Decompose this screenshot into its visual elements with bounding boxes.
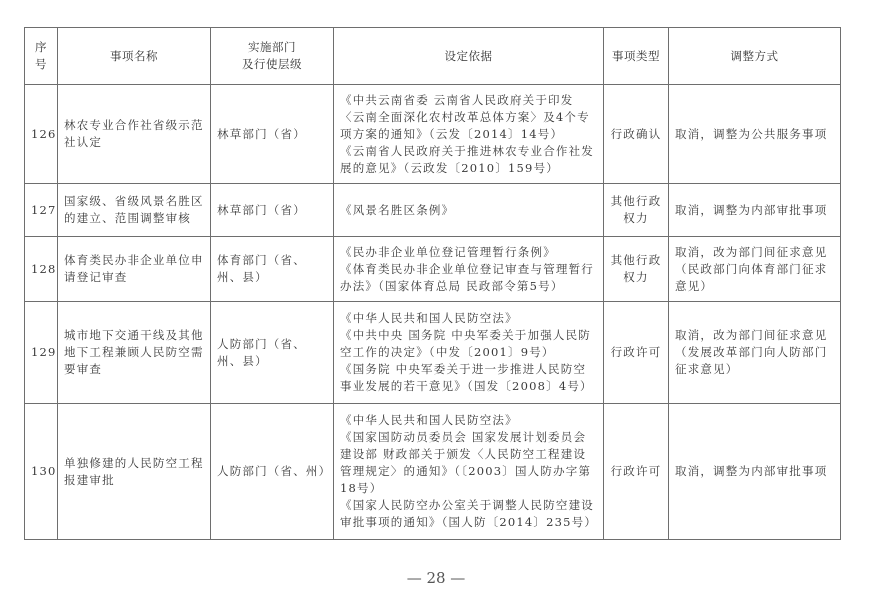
cell-legal-basis: 《中华人民共和国人民防空法》 《中共中央 国务院 中央军委关于加强人民防空工作的…	[334, 302, 604, 404]
cell-department: 体育部门（省、州、县）	[211, 237, 334, 302]
basis-line: 《中华人民共和国人民防空法》	[340, 412, 597, 429]
table-row: 127 国家级、省级风景名胜区的建立、范围调整审核 林草部门（省） 《风景名胜区…	[25, 184, 841, 237]
header-seq-line2: 号	[31, 56, 51, 73]
cell-item-name: 城市地下交通干线及其他地下工程兼顾人民防空需要审查	[58, 302, 211, 404]
cell-legal-basis: 《中共云南省委 云南省人民政府关于印发〈云南全面深化农村改革总体方案〉及4个专项…	[334, 85, 604, 184]
basis-line: 《体育类民办非企业单位登记审查与管理暂行办法》（国家体育总局 民政部令第5号）	[340, 261, 597, 295]
cell-item-type: 行政许可	[604, 404, 669, 540]
basis-line: 《风景名胜区条例》	[340, 202, 597, 219]
table-row: 128 体育类民办非企业单位申请登记审查 体育部门（省、州、县） 《民办非企业单…	[25, 237, 841, 302]
cell-adjustment: 取消，调整为内部审批事项	[669, 404, 841, 540]
header-department: 实施部门 及行使层级	[211, 28, 334, 85]
header-dept-line2: 及行使层级	[217, 56, 327, 73]
basis-line: 《国家国防动员委员会 国家发展计划委员会 建设部 财政部关于颁发〈人民防空工程建…	[340, 429, 597, 497]
header-seq: 序 号	[25, 28, 58, 85]
cell-item-type: 其他行政权力	[604, 237, 669, 302]
cell-legal-basis: 《风景名胜区条例》	[334, 184, 604, 237]
cell-department: 林草部门（省）	[211, 85, 334, 184]
cell-department: 人防部门（省、州）	[211, 404, 334, 540]
basis-line: 《云南省人民政府关于推进林农专业合作社发展的意见》（云政发〔2010〕159号）	[340, 143, 597, 177]
cell-legal-basis: 《中华人民共和国人民防空法》 《国家国防动员委员会 国家发展计划委员会 建设部 …	[334, 404, 604, 540]
cell-item-type: 行政许可	[604, 302, 669, 404]
cell-adjustment: 取消，改为部门间征求意见（发展改革部门向人防部门征求意见）	[669, 302, 841, 404]
cell-item-type: 其他行政权力	[604, 184, 669, 237]
cell-item-name: 林农专业合作社省级示范社认定	[58, 85, 211, 184]
cell-adjustment: 取消，调整为内部审批事项	[669, 184, 841, 237]
header-adjustment: 调整方式	[669, 28, 841, 85]
adjustment-items-table: 序 号 事项名称 实施部门 及行使层级 设定依据 事项类型 调整方式 126 林…	[24, 27, 841, 540]
cell-seq: 130	[25, 404, 58, 540]
cell-adjustment: 取消，改为部门间征求意见（民政部门向体育部门征求意见）	[669, 237, 841, 302]
table-row: 129 城市地下交通干线及其他地下工程兼顾人民防空需要审查 人防部门（省、州、县…	[25, 302, 841, 404]
basis-line: 《中共中央 国务院 中央军委关于加强人民防空工作的决定》（中发〔2001〕9号）	[340, 327, 597, 361]
table-row: 130 单独修建的人民防空工程报建审批 人防部门（省、州） 《中华人民共和国人民…	[25, 404, 841, 540]
cell-seq: 127	[25, 184, 58, 237]
basis-line: 《中华人民共和国人民防空法》	[340, 310, 597, 327]
basis-line: 《国家人民防空办公室关于调整人民防空建设审批事项的通知》（国人防〔2014〕23…	[340, 497, 597, 531]
basis-line: 《中共云南省委 云南省人民政府关于印发〈云南全面深化农村改革总体方案〉及4个专项…	[340, 92, 597, 143]
header-dept-line1: 实施部门	[217, 39, 327, 56]
cell-item-name: 单独修建的人民防空工程报建审批	[58, 404, 211, 540]
cell-seq: 126	[25, 85, 58, 184]
header-legal-basis: 设定依据	[334, 28, 604, 85]
cell-department: 林草部门（省）	[211, 184, 334, 237]
header-item-type: 事项类型	[604, 28, 669, 85]
cell-adjustment: 取消，调整为公共服务事项	[669, 85, 841, 184]
cell-legal-basis: 《民办非企业单位登记管理暂行条例》 《体育类民办非企业单位登记审查与管理暂行办法…	[334, 237, 604, 302]
cell-seq: 129	[25, 302, 58, 404]
table-header-row: 序 号 事项名称 实施部门 及行使层级 设定依据 事项类型 调整方式	[25, 28, 841, 85]
header-item-name: 事项名称	[58, 28, 211, 85]
basis-line: 《民办非企业单位登记管理暂行条例》	[340, 244, 597, 261]
table-row: 126 林农专业合作社省级示范社认定 林草部门（省） 《中共云南省委 云南省人民…	[25, 85, 841, 184]
cell-department: 人防部门（省、州、县）	[211, 302, 334, 404]
cell-seq: 128	[25, 237, 58, 302]
header-seq-line1: 序	[31, 39, 51, 56]
cell-item-name: 体育类民办非企业单位申请登记审查	[58, 237, 211, 302]
basis-line: 《国务院 中央军委关于进一步推进人民防空事业发展的若干意见》（国发〔2008〕4…	[340, 361, 597, 395]
page-number: — 28 —	[0, 569, 872, 587]
cell-item-type: 行政确认	[604, 85, 669, 184]
cell-item-name: 国家级、省级风景名胜区的建立、范围调整审核	[58, 184, 211, 237]
